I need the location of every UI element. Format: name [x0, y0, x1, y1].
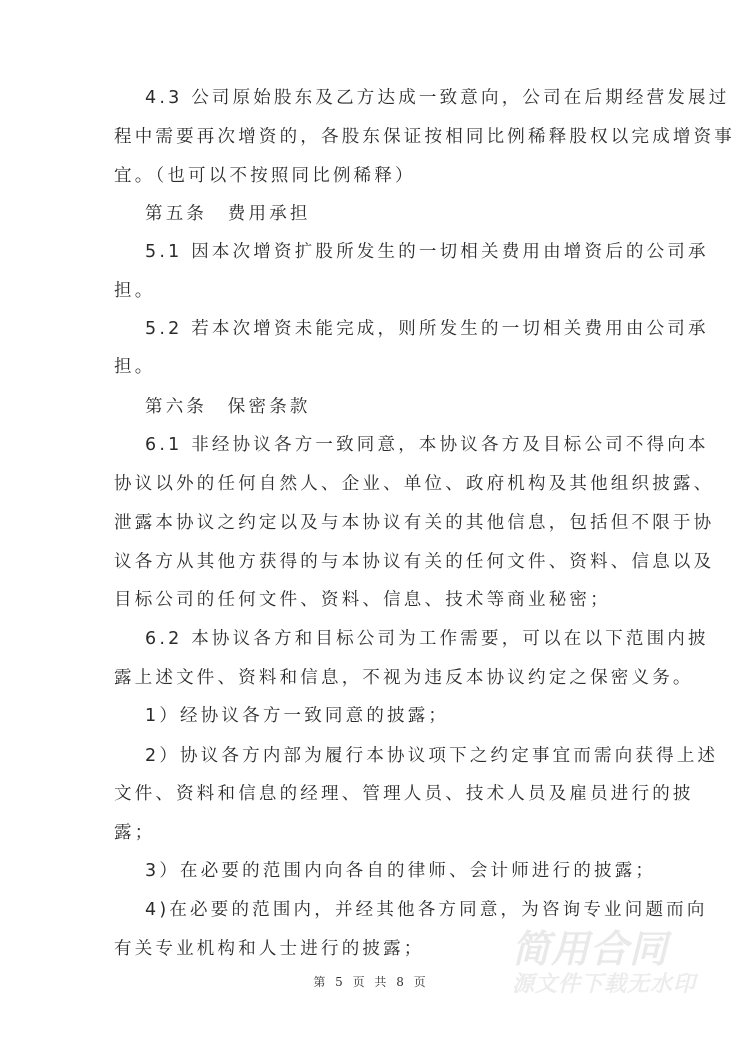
document-line: 3）在必要的范围内向各自的律师、会计师进行的披露；	[145, 860, 685, 882]
document-line: 文件、资料和信息的经理、管理人员、技术人员及雇员进行的披	[114, 783, 654, 805]
document-line: 目标公司的任何文件、资料、信息、技术等商业秘密；	[114, 589, 654, 611]
document-line: 宜。（也可以不按照同比例稀释）	[114, 165, 654, 187]
document-line: 协议以外的任何自然人、企业、单位、政府机构及其他组织披露、	[114, 473, 654, 495]
document-line: 第五条 费用承担	[145, 203, 685, 225]
document-line: 露上述文件、资料和信息，不视为违反本协议约定之保密义务。	[114, 667, 654, 689]
page-number-footer: 第 5 页 共 8 页	[0, 973, 742, 990]
document-line: 6.2 本协议各方和目标公司为工作需要，可以在以下范围内披	[145, 628, 685, 650]
document-line: 4.3 公司原始股东及乙方达成一致意向，公司在后期经营发展过	[145, 87, 685, 109]
document-line: 泄露本协议之约定以及与本协议有关的其他信息，包括但不限于协	[114, 512, 654, 534]
document-page: 4.3 公司原始股东及乙方达成一致意向，公司在后期经营发展过程中需要再次增资的，…	[0, 0, 742, 1049]
document-line: 第六条 保密条款	[145, 396, 685, 418]
document-line: 露；	[114, 822, 654, 844]
document-line: 担。	[114, 356, 654, 378]
document-line: 议各方从其他方获得的与本协议有关的任何文件、资料、信息以及	[114, 551, 654, 573]
document-line: 5.2 若本次增资未能完成，则所发生的一切相关费用由公司承	[145, 318, 685, 340]
document-line: 程中需要再次增资的，各股东保证按相同比例稀释股权以完成增资事	[114, 126, 654, 148]
document-line: 6.1 非经协议各方一致同意，本协议各方及目标公司不得向本	[145, 434, 685, 456]
document-line: 担。	[114, 280, 654, 302]
watermark-brand: 简用合同	[512, 918, 668, 973]
document-line: 5.1 因本次增资扩股所发生的一切相关费用由增资后的公司承	[145, 241, 685, 263]
document-line: 2）协议各方内部为履行本协议项下之约定事宜而需向获得上述	[145, 745, 685, 767]
document-line: 1）经协议各方一致同意的披露；	[145, 705, 685, 727]
